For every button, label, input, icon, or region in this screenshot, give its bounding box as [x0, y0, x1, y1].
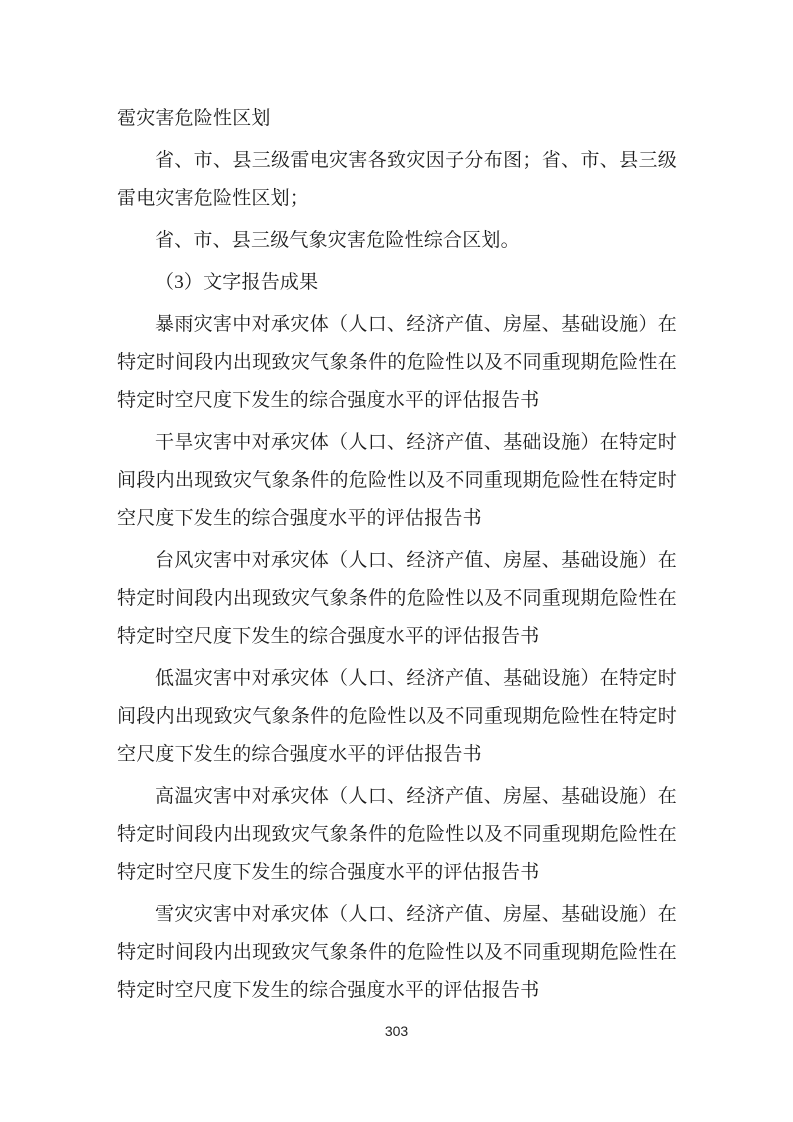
- paragraph: 干旱灾害中对承灾体（人口、经济产值、基础设施）在特定时间段内出现致灾气象条件的危…: [117, 424, 677, 538]
- page-body: 雹灾害危险性区划省、市、县三级雷电灾害各致灾因子分布图；省、市、县三级雷电灾害危…: [117, 100, 677, 1014]
- paragraph: 雪灾灾害中对承灾体（人口、经济产值、房屋、基础设施）在特定时间段内出现致灾气象条…: [117, 896, 677, 1010]
- paragraph: 暴雨灾害中对承灾体（人口、经济产值、房屋、基础设施）在特定时间段内出现致灾气象条…: [117, 306, 677, 420]
- paragraph: （3）文字报告成果: [117, 264, 677, 302]
- paragraph: 高温灾害中对承灾体（人口、经济产值、房屋、基础设施）在特定时间段内出现致灾气象条…: [117, 778, 677, 892]
- document-page: 雹灾害危险性区划省、市、县三级雷电灾害各致灾因子分布图；省、市、县三级雷电灾害危…: [0, 0, 793, 1122]
- paragraph: 省、市、县三级雷电灾害各致灾因子分布图；省、市、县三级雷电灾害危险性区划；: [117, 142, 677, 218]
- paragraph: 台风灾害中对承灾体（人口、经济产值、房屋、基础设施）在特定时间段内出现致灾气象条…: [117, 542, 677, 656]
- page-number: 303: [0, 1023, 793, 1039]
- paragraph: 低温灾害中对承灾体（人口、经济产值、基础设施）在特定时间段内出现致灾气象条件的危…: [117, 660, 677, 774]
- paragraph: 省、市、县三级气象灾害危险性综合区划。: [117, 222, 677, 260]
- paragraph: 雹灾害危险性区划: [117, 100, 677, 138]
